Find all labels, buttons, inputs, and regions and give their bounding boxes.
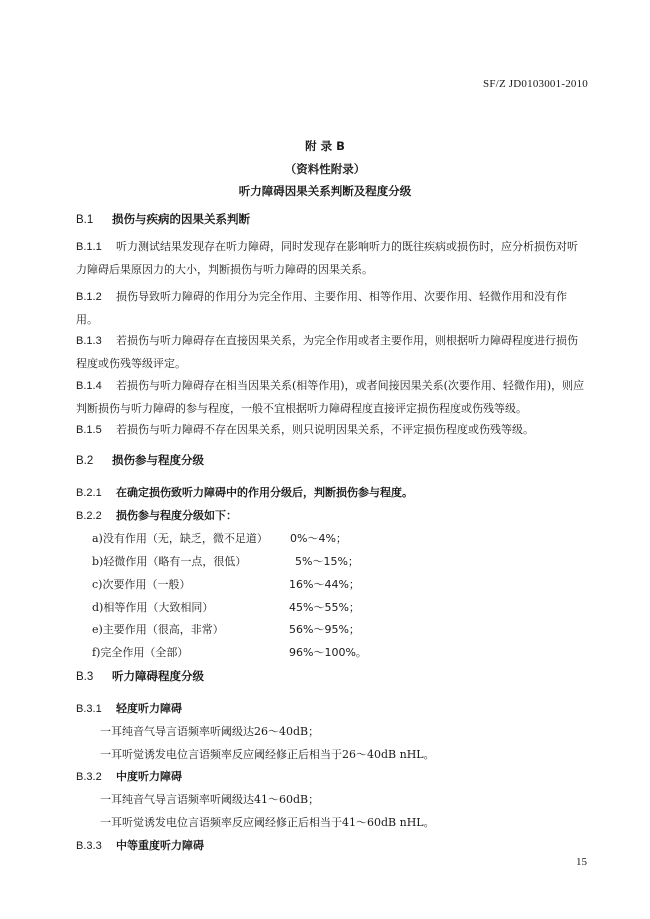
- section-title: 损伤与疾病的因果关系判断: [112, 212, 250, 226]
- section-heading-b2: B.2损伤参与程度分级: [76, 452, 204, 468]
- clause-number: B.1.5: [76, 420, 116, 442]
- section-number: B.3: [76, 671, 112, 683]
- grade-label: d)相等作用（大致相同）: [92, 601, 213, 614]
- grade-label: a)没有作用（无，缺乏，微不足道）: [92, 532, 268, 545]
- clause-text: 若损伤与听力障碍存在相当因果关系(相等作用)，或者间接因果关系(次要作用、轻微作…: [76, 379, 584, 415]
- subsection-number: B.3.3: [76, 840, 116, 852]
- grade-range-c: 16%～44%；: [289, 576, 360, 592]
- section-number: B.2: [76, 455, 112, 467]
- clause-b1-5: B.1.5若损伤与听力障碍不存在因果关系，则只说明因果关系，不评定损伤程度或伤残…: [76, 419, 586, 442]
- clause-text: 听力测试结果发现存在听力障碍，同时发现存在影响听力的既往疾病或损伤时，应分析损伤…: [76, 240, 578, 276]
- clause-text: 若损伤与听力障碍存在直接因果关系，为完全作用或者主要作用，则根据听力障碍程度进行…: [76, 334, 578, 370]
- grade-item-d: d)相等作用（大致相同）: [92, 599, 213, 615]
- grade-range-e: 56%～95%；: [289, 621, 360, 637]
- grade-label: e)主要作用（很高，非常）: [92, 623, 224, 636]
- subsection-title: 轻度听力障碍: [116, 702, 182, 715]
- clause-b2-2: B.2.2损伤参与程度分级如下：: [76, 507, 237, 523]
- clause-number: B.1.3: [76, 331, 116, 353]
- appendix-title: 附 录 B: [0, 138, 650, 154]
- grade-range-b: 5%～15%；: [295, 553, 359, 569]
- standard-code: SF/Z JD0103001-2010: [483, 78, 588, 90]
- clause-text: 损伤参与程度分级如下：: [116, 509, 237, 522]
- clause-number: B.1.2: [76, 287, 116, 309]
- clause-text: 在确定损伤致听力障碍中的作用分级后，判断损伤参与程度。: [116, 486, 413, 499]
- grade-range-f: 96%～100%。: [289, 644, 367, 660]
- subsection-title: 中等重度听力障碍: [116, 839, 204, 852]
- criterion-line: 一耳听觉诱发电位言语频率反应阈经修正后相当于41～60dB nHL。: [100, 814, 435, 830]
- clause-number: B.2.2: [76, 510, 116, 522]
- clause-b2-1: B.2.1在确定损伤致听力障碍中的作用分级后，判断损伤参与程度。: [76, 484, 413, 500]
- clause-b1-3: B.1.3若损伤与听力障碍存在直接因果关系，为完全作用或者主要作用，则根据听力障…: [76, 330, 586, 374]
- subsection-heading-b3-3: B.3.3中等重度听力障碍: [76, 837, 204, 853]
- grade-label: b)轻微作用（略有一点，很低）: [92, 555, 246, 568]
- grade-item-e: e)主要作用（很高，非常）: [92, 621, 224, 637]
- section-number: B.1: [76, 214, 112, 226]
- clause-b1-4: B.1.4若损伤与听力障碍存在相当因果关系(相等作用)，或者间接因果关系(次要作…: [76, 375, 586, 419]
- page-number: 15: [576, 856, 587, 868]
- subsection-number: B.3.1: [76, 703, 116, 715]
- clause-number: B.2.1: [76, 487, 116, 499]
- clause-text: 损伤导致听力障碍的作用分为完全作用、主要作用、相等作用、次要作用、轻微作用和没有…: [76, 290, 567, 326]
- clause-text: 若损伤与听力障碍不存在因果关系，则只说明因果关系，不评定损伤程度或伤残等级。: [116, 423, 534, 436]
- clause-b1-2: B.1.2损伤导致听力障碍的作用分为完全作用、主要作用、相等作用、次要作用、轻微…: [76, 286, 586, 330]
- section-title: 听力障碍程度分级: [112, 669, 204, 683]
- subsection-number: B.3.2: [76, 771, 116, 783]
- grade-item-c: c)次要作用（一般）: [92, 576, 190, 592]
- grade-range-a: 0%～4%；: [290, 530, 347, 546]
- subsection-heading-b3-1: B.3.1轻度听力障碍: [76, 700, 182, 716]
- criterion-line: 一耳纯音气导言语频率听阈级达41～60dB；: [100, 791, 319, 807]
- criterion-line: 一耳纯音气导言语频率听阈级达26～40dB；: [100, 723, 319, 739]
- grade-range-d: 45%～55%；: [289, 599, 360, 615]
- clause-b1-1: B.1.1听力测试结果发现存在听力障碍，同时发现存在影响听力的既往疾病或损伤时，…: [76, 236, 586, 280]
- grade-label: f)完全作用（全部）: [92, 646, 188, 659]
- grade-item-f: f)完全作用（全部）: [92, 644, 188, 660]
- clause-number: B.1.4: [76, 376, 116, 398]
- grade-label: c)次要作用（一般）: [92, 578, 190, 591]
- section-heading-b1: B.1损伤与疾病的因果关系判断: [76, 211, 250, 227]
- section-title: 损伤参与程度分级: [112, 453, 204, 467]
- appendix-heading: 听力障碍因果关系判断及程度分级: [0, 183, 650, 199]
- clause-number: B.1.1: [76, 237, 116, 259]
- appendix-subtitle: （资料性附录）: [0, 161, 650, 177]
- subsection-heading-b3-2: B.3.2中度听力障碍: [76, 768, 182, 784]
- grade-item-a: a)没有作用（无，缺乏，微不足道）: [92, 530, 268, 546]
- document-page: SF/Z JD0103001-2010 附 录 B （资料性附录） 听力障碍因果…: [0, 0, 650, 919]
- criterion-line: 一耳听觉诱发电位言语频率反应阈经修正后相当于26～40dB nHL。: [100, 746, 435, 762]
- grade-item-b: b)轻微作用（略有一点，很低）: [92, 553, 246, 569]
- section-heading-b3: B.3听力障碍程度分级: [76, 668, 204, 684]
- subsection-title: 中度听力障碍: [116, 770, 182, 783]
